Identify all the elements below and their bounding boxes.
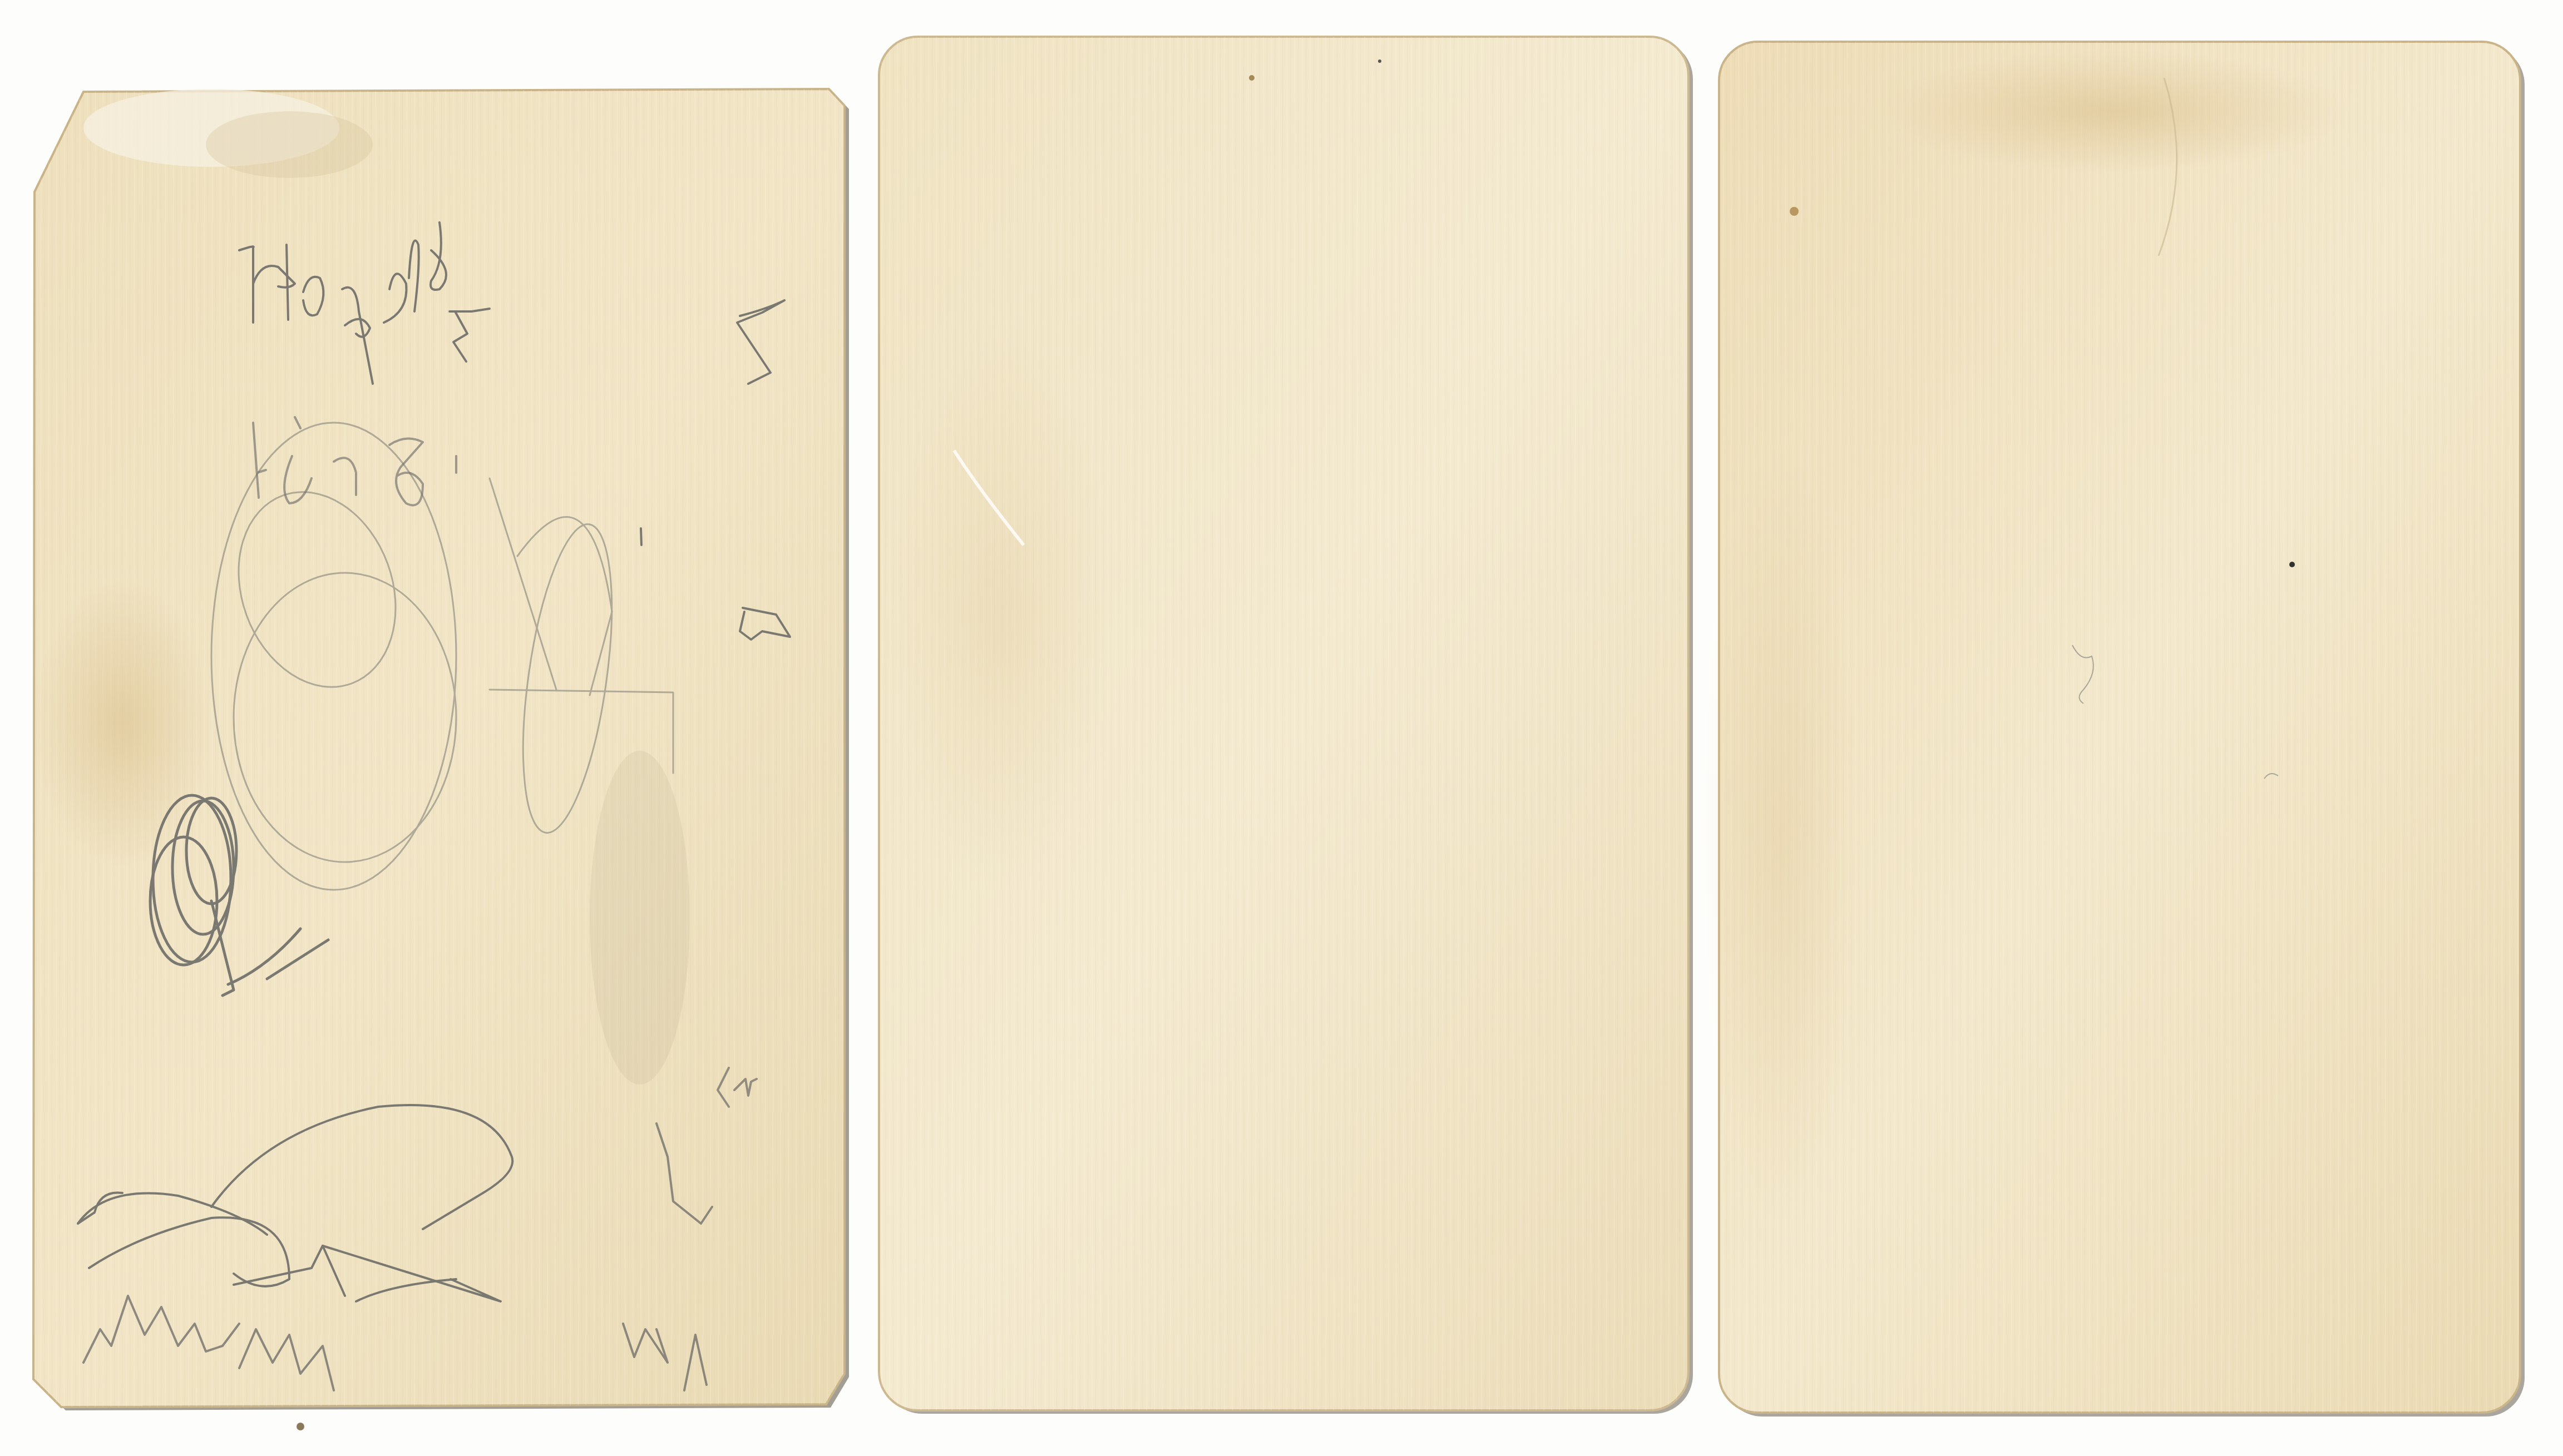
dust-speck [297,1423,304,1430]
card-middle [879,37,1693,1414]
card-left [33,89,849,1410]
card-right [1702,42,2525,1417]
foxing [1880,50,2348,172]
scan-image [0,0,2563,1456]
